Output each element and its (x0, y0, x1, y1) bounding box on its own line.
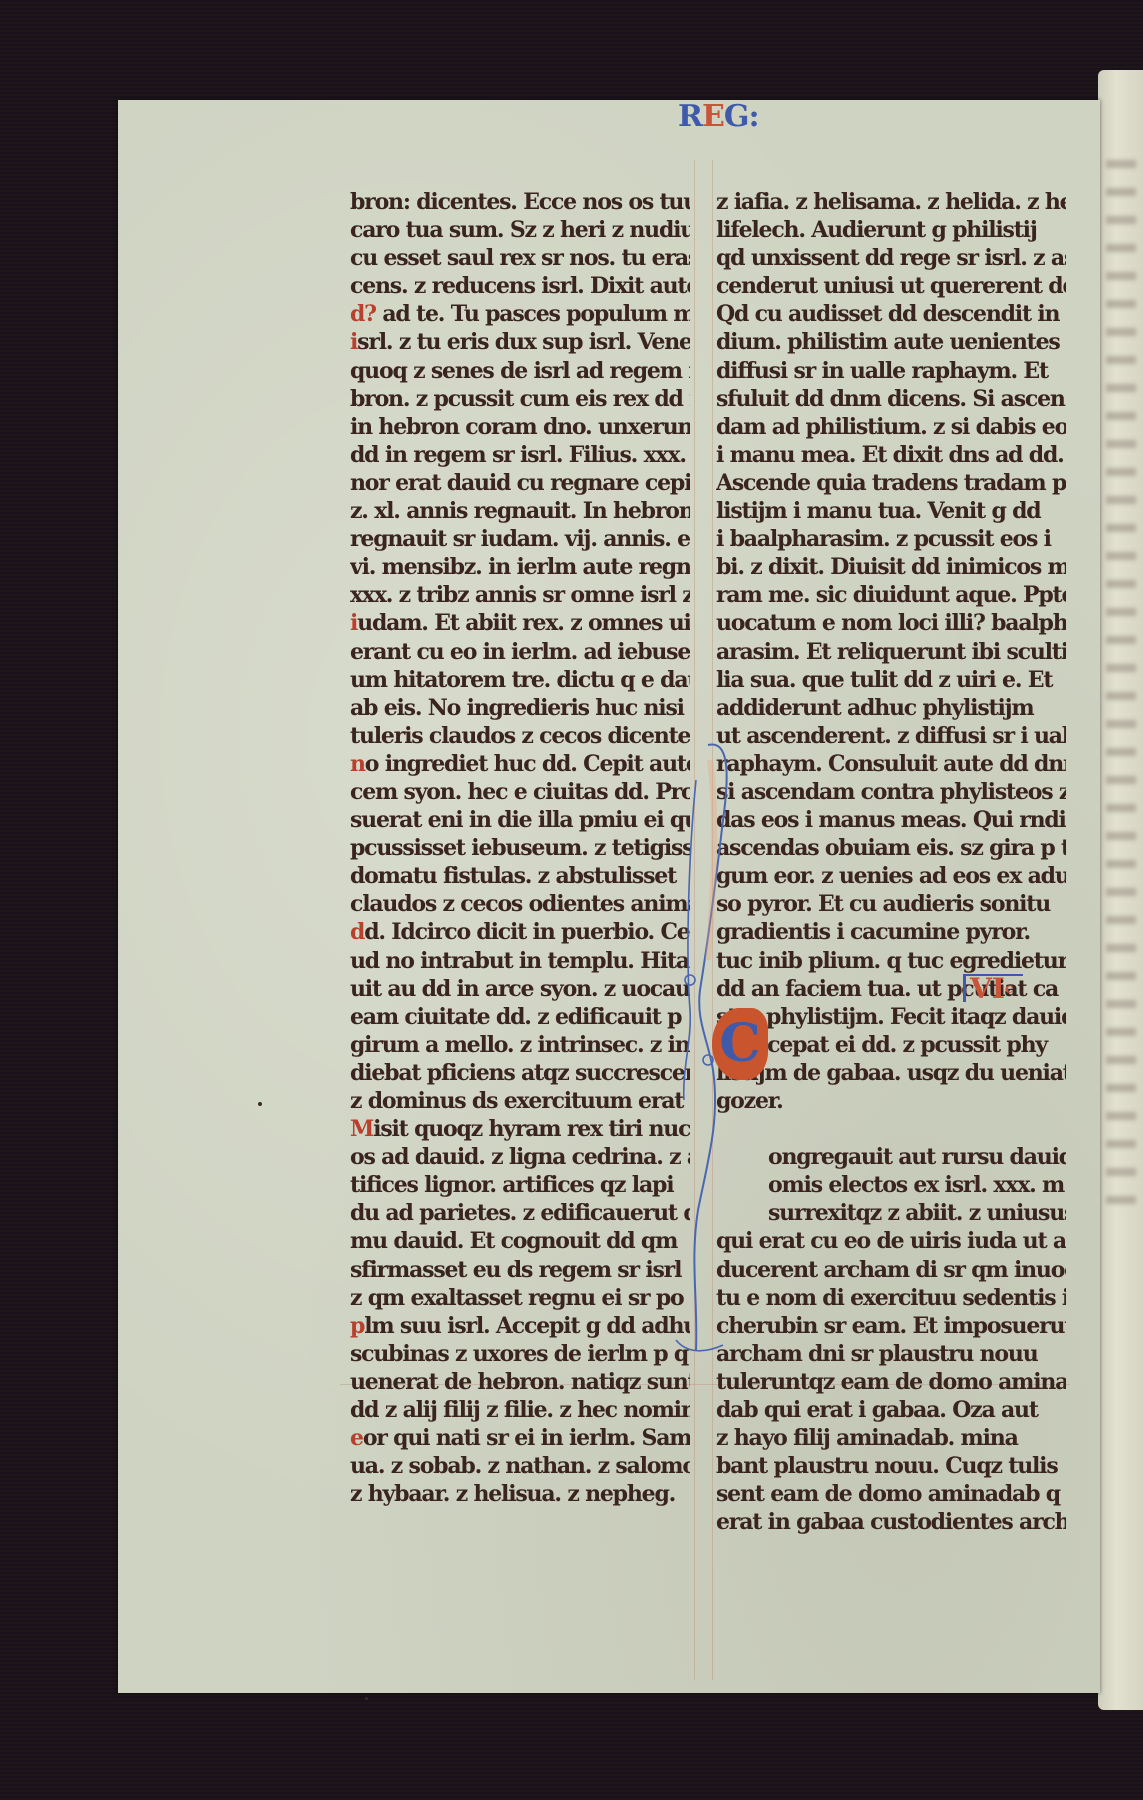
text-line: tifices lignor. artifices qz lapi (350, 1171, 690, 1199)
running-head-letter: R (678, 99, 702, 134)
running-head: REG: (678, 102, 759, 132)
text-line: ongregauit aut rursu dauid (768, 1143, 1066, 1171)
text-line: ascendas obuiam eis. sz gira p t (716, 834, 1066, 862)
text-line: bi. z dixit. Diuisit dd inimicos meos co (716, 553, 1066, 581)
chapter-heading: VIc (963, 974, 1023, 1002)
text-line: sic pcepat ei dd. z pcussit phy (716, 1031, 1066, 1059)
text-line: diebat pficiens atqz succrescens (350, 1059, 690, 1087)
text-line: bron: dicentes. Ecce nos os tuu z (350, 188, 690, 216)
text-line: vi. mensibz. in ierlm aute regnauit. (350, 553, 690, 581)
text-line: z qm exaltasset regnu ei sr po (350, 1284, 690, 1312)
text-line: sfirmasset eu ds regem sr isrl (350, 1256, 690, 1284)
text-line: cenderut uniusi ut quererent dd. (716, 272, 1066, 300)
text-line: ut ascenderent. z diffusi sr i ualle (716, 722, 1066, 750)
text-line: omis electos ex isrl. xxx. m (768, 1171, 1066, 1199)
text-line: quoq z senes de isrl ad regem in he (350, 357, 690, 385)
text-line: uocatum e nom loci illi? baalph (716, 609, 1066, 637)
text-line: dam ad philistium. z si dabis eos (716, 413, 1066, 441)
text-line: ua. z sobab. z nathan. z salomo (350, 1452, 690, 1480)
text-line: Misit quoqz hyram rex tiri nuci (350, 1115, 690, 1143)
text-line: ab eis. No ingredieris huc nisi ab (350, 694, 690, 722)
text-line: ram me. sic diuidunt aque. Pptea (716, 581, 1066, 609)
text-line: listijm de gabaa. usqz du ueniat (716, 1059, 1066, 1087)
text-line: cem syon. hec e ciuitas dd. Prop (350, 778, 690, 806)
text-line: lifelech. Audierunt g philistij (716, 216, 1066, 244)
text-line: ud no intrabut in templu. Hita (350, 947, 690, 975)
text-line: z hayo filij aminadab. mina (716, 1424, 1066, 1452)
text-line: nor erat dauid cu regnare cepisz (350, 469, 690, 497)
text-line: stra phylistijm. Fecit itaqz dauid (716, 1003, 1066, 1031)
text-line: i manu mea. Et dixit dns ad dd. (716, 441, 1066, 469)
text-line: i baalpharasim. z pcussit eos i (716, 525, 1066, 553)
text-line: xxx. z tribz annis sr omne isrl z (350, 581, 690, 609)
adjacent-page-edge (1098, 70, 1143, 1710)
text-line: isrl. z tu eris dux sup isrl. Venerut (350, 328, 690, 356)
text-line: um hitatorem tre. dictu q e dauid (350, 666, 690, 694)
chapter-gap (716, 1115, 1066, 1143)
text-line: dd. Idcirco dicit in puerbio. Cec z cla (350, 918, 690, 946)
text-line: bron. z pcussit cum eis rex dd fed? (350, 385, 690, 413)
text-line: diffusi sr in ualle raphaym. Et (716, 357, 1066, 385)
text-line: iudam. Et abiit rex. z omnes uiri q (350, 609, 690, 637)
text-line: si ascendam contra phylisteos z tra (716, 778, 1066, 806)
text-line: dium. philistim aute uenientes (716, 328, 1066, 356)
text-line: archam dni sr plaustru nouu (716, 1340, 1066, 1368)
chapter-suffix: c (1005, 981, 1014, 997)
text-line: gradientis i cacumine pyror. (716, 918, 1066, 946)
text-line: regnauit sr iudam. vij. annis. et (350, 525, 690, 553)
running-head-letter: E (702, 99, 724, 134)
text-line: caro tua sum. Sz z heri z nudiustercius (350, 216, 690, 244)
running-head-letter: G (724, 99, 749, 134)
chapter-text: ongregauit aut rursu dauidomis electos e… (716, 1143, 1066, 1536)
text-line: d? ad te. Tu pasces populum meu (350, 300, 690, 328)
text-line: z. xl. annis regnauit. In hebron (350, 497, 690, 525)
text-line: tuc inib plium. q tuc egredietur (716, 947, 1066, 975)
pen-flourish-icon (668, 740, 738, 1360)
text-line: suerat eni in die illa pmiu ei qui (350, 806, 690, 834)
text-line: Qd cu audisset dd descendit in psi (716, 300, 1066, 328)
text-line: lia sua. que tulit dd z uiri e. Et (716, 666, 1066, 694)
text-line: tu e nom di exercituu sedentis in (716, 1284, 1066, 1312)
text-line: claudos z cecos odientes anima y (350, 890, 690, 918)
chapter-numeral: VI (970, 972, 1005, 1005)
text-line: pcussisset iebuseum. z tetigisset (350, 834, 690, 862)
text-line: bant plaustru nouu. Cuqz tulis (716, 1452, 1066, 1480)
text-column-left: bron: dicentes. Ecce nos os tuu zcaro tu… (350, 188, 690, 1508)
text-line: dd z alij filij z filie. z hec nomina (350, 1396, 690, 1424)
text-line: addiderunt adhuc phylistijm (716, 694, 1066, 722)
text-line: du ad parietes. z edificauerut do (350, 1199, 690, 1227)
text-line: uit au dd in arce syon. z uocauit (350, 975, 690, 1003)
margin-speck (365, 1697, 368, 1700)
text-line: ducerent archam di sr qm inuoca (716, 1256, 1066, 1284)
text-column-right: z iafia. z helisama. z helida. z helifel… (716, 188, 1066, 1537)
text-line: cherubin sr eam. Et imposuerut (716, 1312, 1066, 1340)
text-line: tuleris claudos z cecos dicentes (350, 722, 690, 750)
text-line: raphaym. Consuluit aute dd dnm (716, 750, 1066, 778)
text-line: erant cu eo in ierlm. ad iebuse (350, 638, 690, 666)
text-line: scubinas z uxores de ierlm p q (350, 1340, 690, 1368)
text-line: z hybaar. z helisua. z nepheg. (350, 1480, 690, 1508)
text-line: tuleruntqz eam de domo amina (716, 1368, 1066, 1396)
text-line: arasim. Et reliquerunt ibi sculti (716, 638, 1066, 666)
text-line: so pyror. Et cu audieris sonitu (716, 890, 1066, 918)
text-line: uenerat de hebron. natiqz sunt (350, 1368, 690, 1396)
running-head-letter: : (748, 99, 758, 134)
text-line: sent eam de domo aminadab q (716, 1480, 1066, 1508)
text-line: in hebron coram dno. unxerunt (350, 413, 690, 441)
text-line: qd unxissent dd rege sr isrl. z as (716, 244, 1066, 272)
text-line: listijm i manu tua. Venit g dd (716, 497, 1066, 525)
text-line: erat in gabaa custodientes archa (716, 1508, 1066, 1536)
text-line: eor qui nati sr ei in ierlm. Sam (350, 1424, 690, 1452)
text-line: cens. z reducens isrl. Dixit aute (350, 272, 690, 300)
text-line: das eos i manus meas. Qui rndit. No (716, 806, 1066, 834)
text-line: dd in regem sr isrl. Filius. xxx. an (350, 441, 690, 469)
text-line: cu esset saul rex sr nos. tu eras edu (350, 244, 690, 272)
text-line: dab qui erat i gabaa. Oza aut (716, 1396, 1066, 1424)
text-line: Ascende quia tradens tradam phy (716, 469, 1066, 497)
text-line: os ad dauid. z ligna cedrina. z ar (350, 1143, 690, 1171)
text-line: z dominus ds exercituum erat cu eo (350, 1087, 690, 1115)
text-line: no ingrediet huc dd. Cepit aute dd ar (350, 750, 690, 778)
text-line: z iafia. z helisama. z helida. z he (716, 188, 1066, 216)
text-line: mu dauid. Et cognouit dd qm (350, 1227, 690, 1255)
text-line: eam ciuitate dd. z edificauit p (350, 1003, 690, 1031)
text-line: gozer. (716, 1087, 1066, 1115)
text-line: girum a mello. z intrinsec. z ing (350, 1031, 690, 1059)
text-line: gum eor. z uenies ad eos ex adu (716, 862, 1066, 890)
text-line: sfuluit dd dnm dicens. Si ascen (716, 385, 1066, 413)
text-line: qui erat cu eo de uiris iuda ut ab (716, 1227, 1066, 1255)
text-line: domatu fistulas. z abstulisset (350, 862, 690, 890)
text-line: surrexitqz z abiit. z uniusus popls (768, 1199, 1066, 1227)
text-line: plm suu isrl. Accepit g dd adhuc (350, 1312, 690, 1340)
margin-speck (258, 1102, 262, 1106)
